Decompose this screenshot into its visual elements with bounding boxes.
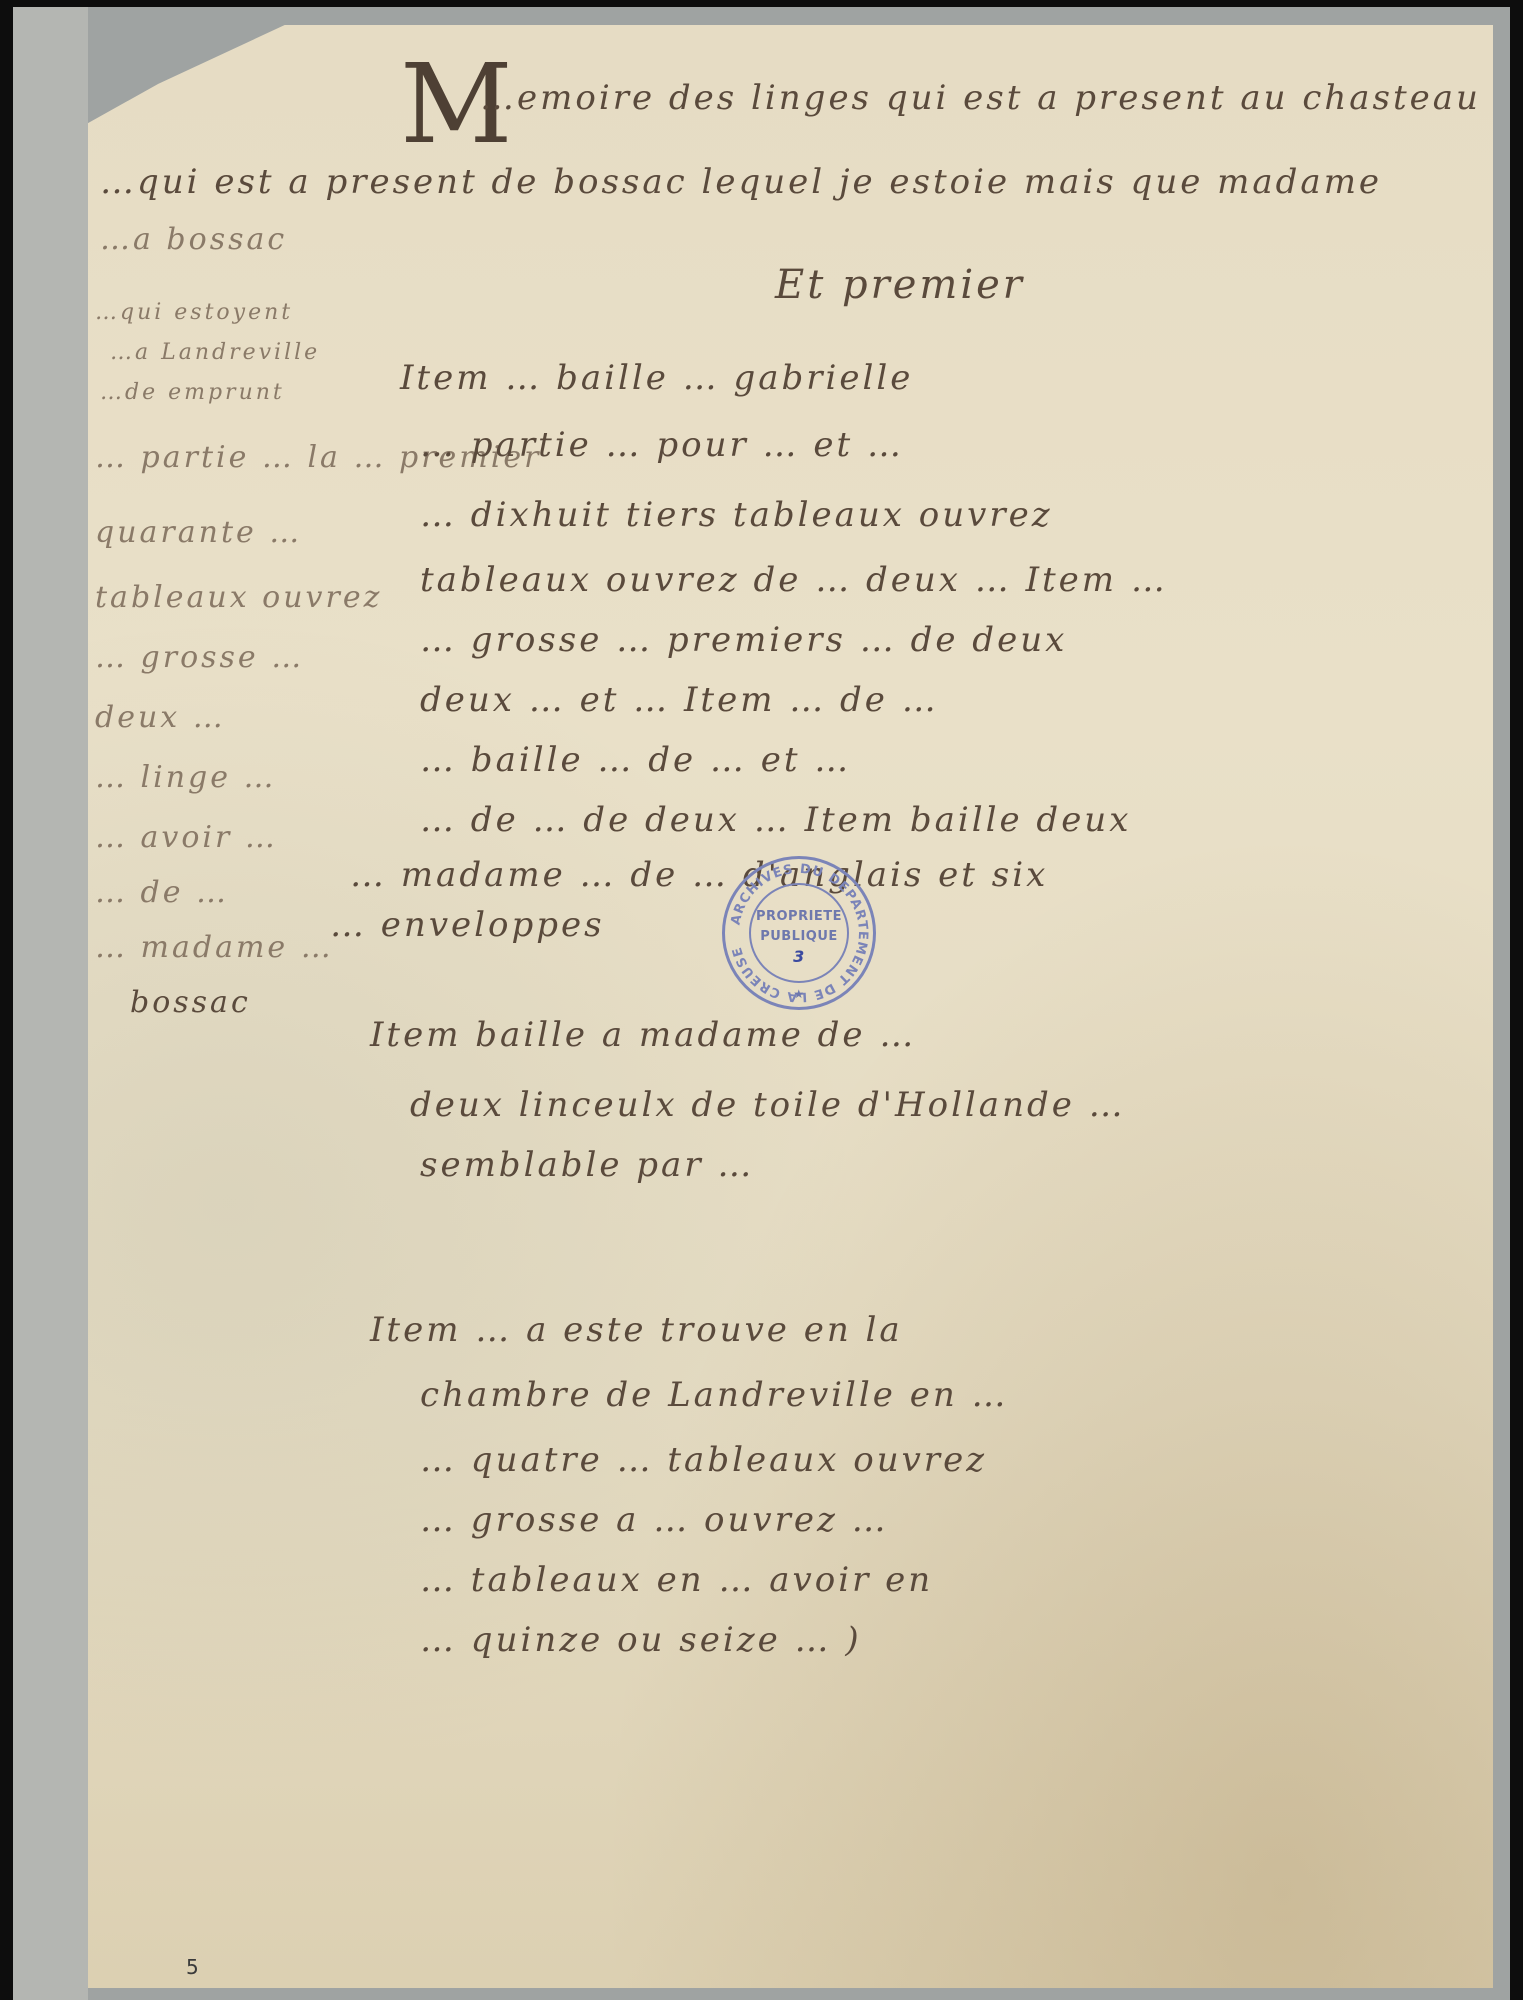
paragraph-2-line: deux linceulx de toile d'Hollande … bbox=[410, 1085, 1126, 1125]
paragraph-1-line: … enveloppes bbox=[330, 905, 605, 945]
paragraph-2-line: semblable par … bbox=[420, 1145, 754, 1185]
left-fragment: … avoir … bbox=[95, 820, 278, 855]
stamp-text-propriete: PROPRIETE bbox=[725, 909, 873, 924]
left-fragment: quarante … bbox=[95, 515, 302, 550]
margin-note: …a Landreville bbox=[110, 340, 320, 365]
paragraph-1-line: … partie … pour … et … bbox=[420, 425, 904, 465]
page-number: 5 bbox=[186, 1955, 199, 1979]
paragraph-3-line: Item … a este trouve en la bbox=[370, 1310, 903, 1350]
paragraph-1-line: tableaux ouvrez de … deux … Item … bbox=[420, 560, 1168, 600]
heading-line-2: …qui est a present de bossac lequel je e… bbox=[100, 162, 1382, 202]
paragraph-1-line: … madame … de … d'anglais et six bbox=[350, 855, 1048, 895]
margin-note: …qui estoyent bbox=[95, 300, 293, 325]
paragraph-1-line: … grosse … premiers … de deux bbox=[420, 620, 1067, 660]
paragraph-1-line: … dixhuit tiers tableaux ouvrez bbox=[420, 495, 1053, 535]
left-fragment: … madame … bbox=[95, 930, 334, 965]
paragraph-3-line: … quinze ou seize … ) bbox=[420, 1620, 862, 1660]
mount-left-band bbox=[13, 7, 88, 2000]
paragraph-2-line: Item baille a madame de … bbox=[370, 1015, 916, 1055]
left-fragment: tableaux ouvrez bbox=[95, 580, 382, 615]
margin-note: …de emprunt bbox=[100, 380, 285, 405]
section-heading: Et premier bbox=[775, 262, 1025, 308]
paragraph-3-line: … tableaux en … avoir en bbox=[420, 1560, 933, 1600]
stamp-star-icon: ★ bbox=[725, 987, 873, 1001]
heading-line-3: …a bossac bbox=[100, 222, 287, 257]
left-fragment: deux … bbox=[95, 700, 226, 735]
paragraph-3-line: … grosse a … ouvrez … bbox=[420, 1500, 889, 1540]
left-fragment: … de … bbox=[95, 875, 229, 910]
left-fragment: … grosse … bbox=[95, 640, 304, 675]
paragraph-3-line: chambre de Landreville en … bbox=[420, 1375, 1009, 1415]
stamp-mark: 3 bbox=[725, 947, 873, 966]
paragraph-1-line: bossac bbox=[130, 985, 251, 1020]
left-fragment: … linge … bbox=[95, 760, 277, 795]
paragraph-1-line: deux … et … Item … de … bbox=[420, 680, 939, 720]
paragraph-1-line: … baille … de … et … bbox=[420, 740, 851, 780]
paragraph-3-line: … quatre … tableaux ouvrez bbox=[420, 1440, 987, 1480]
stamp-text-publique: PUBLIQUE bbox=[725, 929, 873, 944]
archive-stamp: ARCHIVES DU DEPARTEMENT DE LA CREUSE PRO… bbox=[722, 856, 876, 1010]
heading-line-1: …emoire des linges qui est a present au … bbox=[480, 78, 1481, 118]
paragraph-1-line: Item … baille … gabrielle bbox=[400, 358, 913, 398]
paragraph-1-line: … de … de deux … Item baille deux bbox=[420, 800, 1131, 840]
